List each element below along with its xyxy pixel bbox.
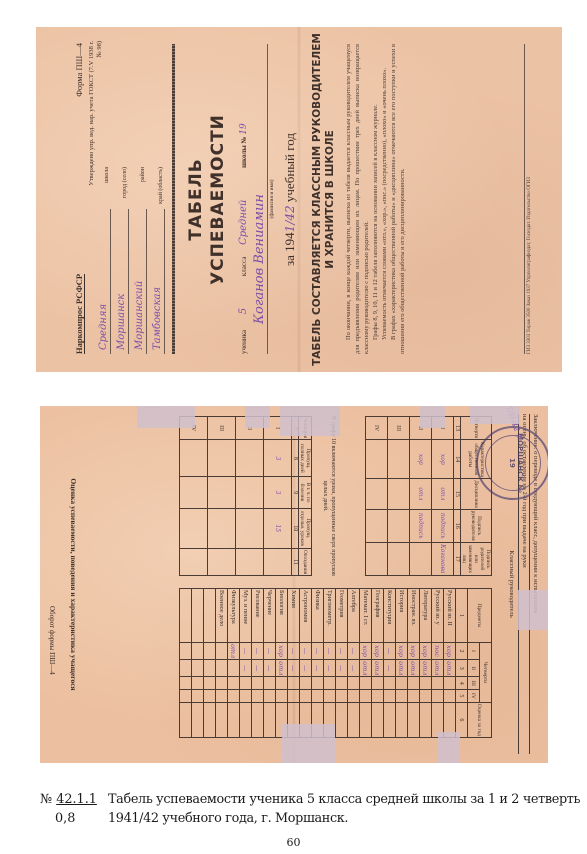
table-row: Математ. I ст.хоротл [360,589,372,738]
form-number: Форма ПШ—4 [74,43,84,97]
table-row: I хор отл подпись Коганова [432,417,454,576]
tape-patch [518,590,548,630]
academic-year: за 1941/42 учебный год [282,27,298,372]
table-row: Русский яз. IIхоротл [444,589,456,738]
table-row: Иностран. яз.хоротл [408,589,420,738]
instructions-title: ТАБЕЛЬ СОСТАВЛЯЕТСЯ КЛАССНЫМ РУКОВОДИТЕЛ… [311,27,337,372]
table-row: Тригонометр.—— [324,589,336,738]
table-row: Рисование—— [252,589,264,738]
table-row: Геометрия—— [336,589,348,738]
table-row: Алгебра—— [348,589,360,738]
report-card-back-content: Заключение: о переводе в следующий класс… [40,406,548,763]
table-row: Химия—— [288,589,300,738]
table-row: II хор отл подпись [410,417,432,576]
table-row: III [388,417,410,576]
table-row: Физкультураотл [228,589,240,738]
tape-patch [420,406,445,428]
instructions-text: По окончании, в конце каждой четверти, в… [344,44,407,354]
tape-patch [470,406,520,424]
table-row: Литературахоротл [420,589,432,738]
table-row: Военное дело [216,589,228,738]
student-class-line: ученика 5 класса Средней школы № 19 [238,44,249,354]
table-row: IV [366,417,388,576]
back-form-label: Оборот формы ПШ—4 [48,606,56,675]
table-row [180,589,192,738]
student-name: Коганов Вениамин [252,194,267,324]
page-number: 60 [0,836,587,849]
catalog-number: № 42.1.1 [40,790,104,809]
table-row: I 3 3 15 [264,417,292,576]
table-row: III [208,417,236,576]
field-school: Средняя школа [96,209,111,354]
report-card-front-content: Наркомпрос РСФСР Форма ПШ—4 Утверждено у… [36,27,562,372]
print-footer: ГИЗ 3303 Тираж 3500 Заказ 1937 Упрполигр… [524,44,532,354]
table-row: Муз. и пение—— [240,589,252,738]
catalog-sub-number: 0,8 [55,809,75,828]
table-row: Историяхоротл [396,589,408,738]
tape-patch [438,732,460,763]
catalog-number-link[interactable]: 42.1.1 [56,792,97,807]
grades-table: Предметы Четверти Оценка за год I II III… [179,588,492,738]
ministry-label: Наркомпрос РСФСР [74,274,85,354]
report-card-front: Наркомпрос РСФСР Форма ПШ—4 Утверждено у… [36,27,562,372]
decorative-rule [172,44,175,354]
table-row: Физика—— [312,589,324,738]
tape-patch [282,724,335,763]
table-row: Русский яз. упосотл [432,589,444,738]
field-region: Тамбовская край (область) [150,209,165,354]
class-value: 5 [238,308,249,314]
table-row [204,589,216,738]
table-row: II [236,417,264,576]
school-type-value: Средней [238,200,249,245]
table-row [192,589,204,738]
tape-patch [245,406,270,428]
table-row: Биологияхоротл [276,589,288,738]
report-card-back: Заключение: о переводе в следующий класс… [40,406,548,763]
field-district: Моршанский район [132,209,147,354]
attendance-table: Четверти Пропущ. полных дней В т. ч. по … [179,416,312,576]
student-name-line: Коганов Вениамин [252,44,268,354]
back-title: Оценка успеваемости, поведения и характе… [69,406,78,763]
table-row: Географияхоротл [372,589,384,738]
title-tabel: ТАБЕЛЬ [186,27,206,372]
tape-patch [280,406,340,436]
title-uspevaemosti: УСПЕВАЕМОСТИ [208,27,228,372]
field-city: Моршанск город (село) [114,209,129,354]
name-hint: (фамилия и имя) [269,44,275,354]
caption-text: Табель успеваемости ученика 5 класса сре… [108,790,587,828]
attendance-note: В графу 10 включаются уроки, пропущенные… [321,416,336,576]
tape-patch [137,406,195,428]
table-row: IV [180,417,208,576]
table-row: Черчение—— [264,589,276,738]
table-row: Конституция—— [384,589,396,738]
table-row: Астрономия—— [300,589,312,738]
approval-note: Утверждено упр. вед. нар. учета ГОКСТ (7… [88,41,104,191]
behavior-table: Четверти Характеристика общественной раб… [365,416,492,576]
